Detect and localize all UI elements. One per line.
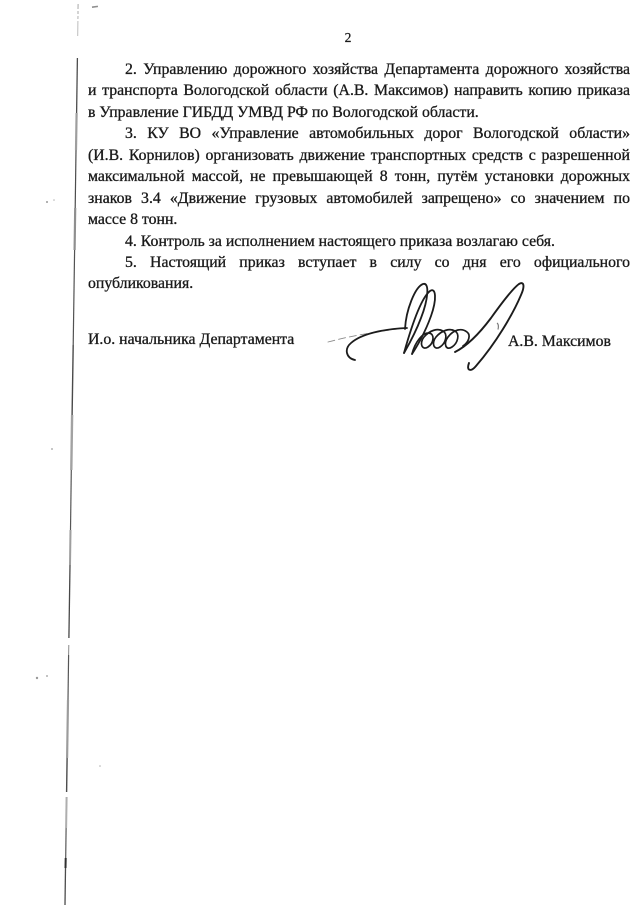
paragraph-4: 4. Контроль за исполнением настоящего пр… [88, 231, 630, 252]
paragraph-3: 3. КУ ВО «Управление автомобильных дорог… [88, 123, 630, 230]
scanned-document-page: 2 2. Управлению дорожного хозяйства Депа… [0, 0, 640, 905]
text-line: массе 8 тонн. [88, 209, 630, 230]
text-line: в Управление ГИБДД УМВД РФ по Вологодско… [88, 102, 630, 123]
text-line: знаков 3.4 «Движение грузовых автомобиле… [88, 188, 630, 209]
text-line: 4. Контроль за исполнением настоящего пр… [88, 231, 630, 252]
scan-fold-line [65, 4, 78, 905]
paragraph-5: 5. Настоящий приказ вступает в силу со д… [88, 252, 630, 295]
text-line: 3. КУ ВО «Управление автомобильных дорог… [88, 123, 630, 144]
document-body: 2. Управлению дорожного хозяйства Департ… [88, 59, 630, 295]
text-line: 2. Управлению дорожного хозяйства Департ… [88, 59, 630, 80]
text-line: опубликования. [88, 273, 630, 294]
signature-name: А.В. Максимов [508, 331, 611, 353]
text-line: и транспорта Вологодской области (А.В. М… [88, 80, 630, 101]
page-number: 2 [88, 30, 608, 45]
signature-role-label: И.о. начальника Департамента [88, 329, 294, 351]
text-line: (И.В. Корнилов) организовать движение тр… [88, 145, 630, 166]
text-line: максимальной массой, не превышающей 8 то… [88, 166, 630, 187]
paragraph-2: 2. Управлению дорожного хозяйства Департ… [88, 59, 630, 123]
text-line: 5. Настоящий приказ вступает в силу со д… [88, 252, 630, 273]
